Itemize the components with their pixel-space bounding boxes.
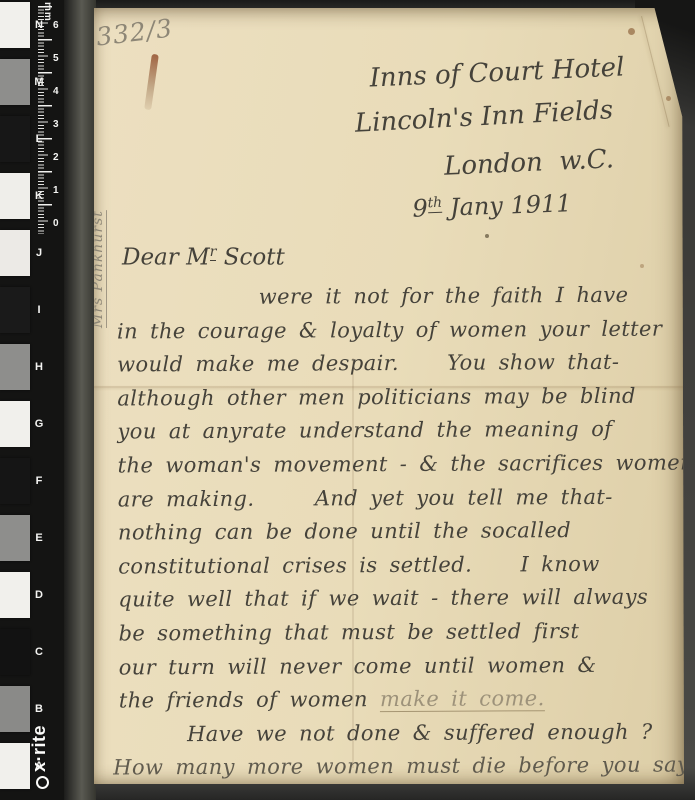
grayscale-patch xyxy=(0,686,30,732)
paper-edge-shadow xyxy=(64,0,96,800)
date-ordinal: th xyxy=(427,195,442,213)
ruler-letter: F xyxy=(30,475,48,487)
grayscale-patch xyxy=(0,515,30,561)
body-line: be something that must be settled first xyxy=(118,614,678,651)
grayscale-patch xyxy=(0,173,30,219)
body-line: our turn will never come until women & xyxy=(119,648,679,685)
archive-number: 332/3 xyxy=(95,13,175,51)
ruler-row: C xyxy=(0,629,64,675)
letter-paper: 332/3 Mrs Pankhurst Inns of Court Hotel … xyxy=(94,8,684,784)
body-line: you at anyrate understand the meaning of xyxy=(117,413,677,450)
body-line: quite well that if we wait - there will … xyxy=(118,581,678,618)
ruler-row: F xyxy=(0,458,64,504)
ruler-letter: D xyxy=(30,589,48,601)
grayscale-patch xyxy=(0,458,30,504)
body-line: constitutional crises is settled. I know xyxy=(118,547,678,584)
grayscale-patch xyxy=(0,287,30,333)
salutation-rest: Scott xyxy=(216,245,284,271)
ruler-letter: L xyxy=(30,133,48,145)
grayscale-patch xyxy=(0,59,30,105)
grayscale-patch xyxy=(0,401,30,447)
grayscale-patch xyxy=(0,230,30,276)
body-line-with-underline: the friends of women make it come. xyxy=(119,682,679,719)
ruler-row: J xyxy=(0,230,64,276)
ruler-number: 0 xyxy=(53,218,64,229)
grayscale-patch xyxy=(0,344,30,390)
ruler-letter: M xyxy=(30,76,48,88)
foxing-spot xyxy=(628,28,635,35)
body-line: How many more women must die before you … xyxy=(113,749,679,786)
date-rest: Jany 1911 xyxy=(442,189,572,221)
foxing-spot xyxy=(666,96,671,101)
ruler-row: H xyxy=(0,344,64,390)
date-day: 9 xyxy=(412,194,428,223)
letter-photograph: mm 6 5 4 3 2 1 0 N M L K J I H G F E D C… xyxy=(0,0,695,800)
ruler-row: E xyxy=(0,515,64,561)
ruler-row: K xyxy=(0,173,64,219)
xrite-calibration-ruler: mm 6 5 4 3 2 1 0 N M L K J I H G F E D C… xyxy=(0,0,64,800)
xrite-brand-label: x·rite xyxy=(29,688,50,772)
ruler-row: L xyxy=(0,116,64,162)
body-line: the woman's movement - & the sacrifices … xyxy=(118,447,678,484)
body-line: would make me despair. You show that- xyxy=(117,346,677,383)
ruler-letter: I xyxy=(30,304,48,316)
body-line: were it not for the faith I have xyxy=(117,279,677,316)
letter-body: were it not for the faith I have in the … xyxy=(117,279,680,786)
ruler-letter: H xyxy=(30,361,48,373)
underlined-phrase: make it come. xyxy=(380,686,545,712)
rust-stain xyxy=(144,54,159,110)
salutation-prefix: Dear M xyxy=(122,245,210,271)
address-line-hotel: Inns of Court Hotel xyxy=(330,51,665,96)
body-line-prefix: the friends of women xyxy=(119,687,380,712)
ruler-row: G xyxy=(0,401,64,447)
ruler-letter: J xyxy=(30,247,48,259)
ruler-letter: G xyxy=(30,418,48,430)
body-line: Have we not done & suffered enough ? xyxy=(119,715,679,752)
grayscale-patch xyxy=(0,743,30,789)
date-line: 9th Jany 1911 xyxy=(372,188,613,224)
brand-dot-icon xyxy=(36,776,49,789)
ruler-row: D xyxy=(0,572,64,618)
grayscale-patch xyxy=(0,116,30,162)
ruler-letter: E xyxy=(30,532,48,544)
address-line-street: Lincoln's Inn Fields xyxy=(309,93,658,141)
ruler-row: M xyxy=(0,59,64,105)
ruler-letter: N xyxy=(30,19,48,31)
ink-spot xyxy=(485,234,489,238)
body-line: although other men politicians may be bl… xyxy=(117,379,677,416)
ruler-row: N xyxy=(0,2,64,48)
body-line: are making. And yet you tell me that- xyxy=(118,480,678,517)
body-line: in the courage & loyalty of women your l… xyxy=(117,312,677,349)
ruler-letter: C xyxy=(30,646,48,658)
foxing-spot xyxy=(640,264,644,268)
ruler-letter: K xyxy=(30,190,48,202)
body-line: nothing can be done until the socalled xyxy=(118,514,678,551)
grayscale-patch xyxy=(0,572,30,618)
address-line-city: London w.C. xyxy=(393,142,664,184)
grayscale-patch xyxy=(0,629,30,675)
grayscale-patch xyxy=(0,2,30,48)
salutation: Dear Mr Scott xyxy=(122,244,285,271)
ruler-row: I xyxy=(0,287,64,333)
